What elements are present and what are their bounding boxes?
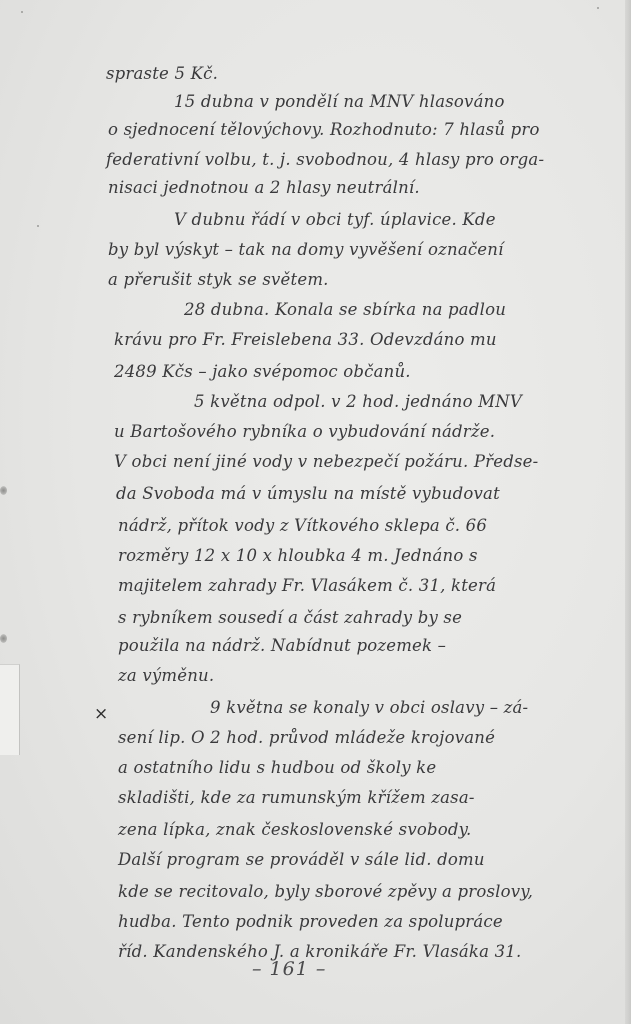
text-line: nisaci jednotnou a 2 hlasy neutrální. — [108, 178, 420, 197]
text-line: majitelem zahrady Fr. Vlasákem č. 31, kt… — [118, 576, 496, 595]
text-line: 2489 Kčs – jako svépomoc občanů. — [114, 362, 411, 381]
text-line: sení lip. O 2 hod. průvod mládeže krojov… — [118, 728, 495, 747]
scanned-page: × spraste 5 Kč. 15 dubna v pondělí na MN… — [0, 0, 631, 1024]
binding-hole — [0, 634, 7, 643]
text-line: a ostatního lidu s hudbou od školy ke — [118, 758, 436, 777]
page-number: – 161 – — [252, 958, 326, 980]
text-line: 28 dubna. Konala se sbírka na padlou — [184, 300, 506, 319]
text-line: da Svoboda má v úmyslu na místě vybudova… — [116, 484, 500, 503]
text-line: a přerušit styk se světem. — [108, 270, 329, 289]
text-line: rozměry 12 x 10 x hloubka 4 m. Jednáno s — [118, 546, 478, 565]
text-line: 9 května se konaly v obci oslavy – zá- — [210, 698, 528, 717]
text-line: s rybníkem sousedí a část zahrady by se — [118, 608, 462, 627]
paper-speck — [597, 7, 599, 9]
text-line: V obci není jiné vody v nebezpečí požáru… — [114, 452, 538, 471]
text-line: krávu pro Fr. Freislebena 33. Odevzdáno … — [114, 330, 497, 349]
text-line: 15 dubna v pondělí na MNV hlasováno — [174, 92, 505, 111]
text-line: Další program se prováděl v sále lid. do… — [118, 850, 485, 869]
text-line: nádrž, přítok vody z Vítkového sklepa č.… — [118, 516, 487, 535]
text-line: zena lípka, znak československé svobody. — [118, 820, 471, 839]
paper-speck — [37, 225, 39, 227]
page-edge — [625, 0, 631, 1024]
text-line: použila na nádrž. Nabídnut pozemek – — [118, 636, 446, 655]
text-line: hudba. Tento podnik proveden za spoluprá… — [118, 912, 503, 931]
binding-hole — [0, 486, 7, 495]
text-line: o sjednocení tělovýchovy. Rozhodnuto: 7 … — [108, 120, 540, 139]
text-line: skladišti, kde za rumunským křížem zasa- — [118, 788, 475, 807]
margin-cross-mark: × — [94, 704, 108, 724]
paper-tab — [0, 664, 20, 755]
text-line: spraste 5 Kč. — [106, 64, 218, 83]
text-line: u Bartošového rybníka o vybudování nádrž… — [114, 422, 495, 441]
paper-speck — [21, 11, 23, 13]
text-line: za výměnu. — [118, 666, 214, 685]
text-line: by byl výskyt – tak na domy vyvěšení ozn… — [108, 240, 504, 259]
text-line: federativní volbu, t. j. svobodnou, 4 hl… — [106, 150, 544, 169]
text-line: V dubnu řádí v obci tyf. úplavice. Kde — [174, 210, 496, 229]
text-line: kde se recitovalo, byly sborové zpěvy a … — [118, 882, 533, 901]
text-line: 5 května odpol. v 2 hod. jednáno MNV — [194, 392, 522, 411]
